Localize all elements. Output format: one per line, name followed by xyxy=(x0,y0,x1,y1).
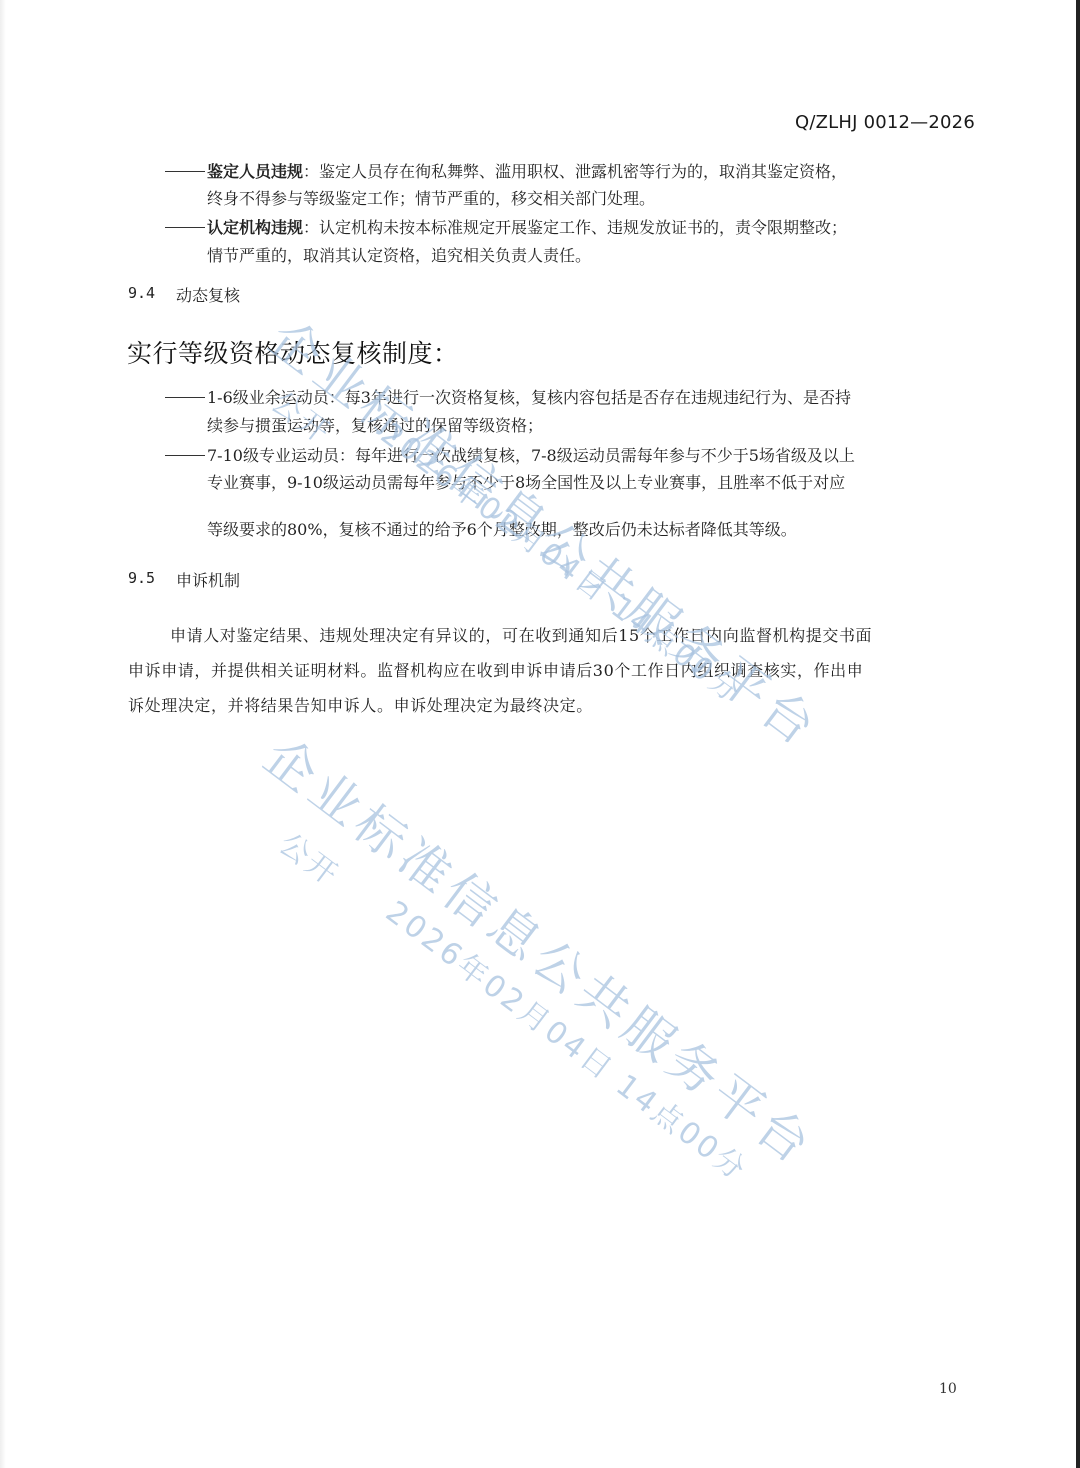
watermark-datetime-lower: 2026年02月04日 14点00分 xyxy=(379,888,759,1189)
item-separator: ： xyxy=(303,218,319,237)
violation-item-appraiser: 鉴定人员违规：鉴定人员存在徇私舞弊、滥用职权、泄露机密等行为的，取消其鉴定资格， xyxy=(165,162,847,182)
watermark-status-lower: 公开 xyxy=(272,820,351,895)
item-label: 鉴定人员违规 xyxy=(207,162,303,181)
review-item-amateur-cont: 续参与掼蛋运动等，复核通过的保留等级资格； xyxy=(207,416,543,436)
em-dash-bullet xyxy=(165,397,205,398)
item-label: 认定机构违规 xyxy=(207,218,303,237)
violation-item-appraiser-cont: 终身不得参与等级鉴定工作；情节严重的，移交相关部门处理。 xyxy=(207,189,655,209)
document-page: Q/ZLHJ 0012—2026 鉴定人员违规：鉴定人员存在徇私舞弊、滥用职权、… xyxy=(0,0,1080,1468)
document-code: Q/ZLHJ 0012—2026 xyxy=(795,112,975,133)
item-text: 认定机构未按本标准规定开展鉴定工作、违规发放证书的，责令限期整改； xyxy=(319,218,847,237)
review-item-amateur: 1-6级业余运动员：每3年进行一次资格复核，复核内容包括是否存在违规违纪行为、是… xyxy=(165,388,851,408)
review-system-heading: 实行等级资格动态复核制度： xyxy=(127,334,459,370)
em-dash-bullet xyxy=(165,171,205,172)
item-separator: ： xyxy=(303,162,319,181)
em-dash-bullet xyxy=(165,227,205,228)
violation-item-institution: 认定机构违规：认定机构未按本标准规定开展鉴定工作、违规发放证书的，责令限期整改； xyxy=(165,218,847,238)
em-dash-bullet xyxy=(165,455,205,456)
appeal-paragraph-line-2: 申诉申请，并提供相关证明材料。监督机构应在收到申诉申请后30个工作日内组织调查核… xyxy=(128,661,863,681)
section-title-9-4: 动态复核 xyxy=(176,283,240,306)
item-text: 7-10级专业运动员：每年进行一次战绩复核，7-8级运动员需每年参与不少于5场省… xyxy=(207,446,855,465)
page-number: 10 xyxy=(939,1381,957,1397)
review-item-professional-cont: 专业赛事，9-10级运动员需每年参与不少于8场全国性及以上专业赛事，且胜率不低于… xyxy=(207,473,845,493)
review-item-professional-cont2: 等级要求的80%，复核不通过的给予6个月整改期，整改后仍未达标者降低其等级。 xyxy=(207,520,797,540)
appeal-paragraph-line-1: 申请人对鉴定结果、违规处理决定有异议的，可在收到通知后15个工作日内向监督机构提… xyxy=(170,626,872,646)
violation-item-institution-cont: 情节严重的，取消其认定资格，追究相关负责人责任。 xyxy=(207,246,591,266)
section-title-9-5: 申诉机制 xyxy=(176,568,240,591)
page-right-border xyxy=(1076,0,1080,1468)
section-number-9-5: 9.5 xyxy=(128,569,155,587)
page-left-shadow xyxy=(0,0,6,1468)
item-text: 1-6级业余运动员：每3年进行一次资格复核，复核内容包括是否存在违规违纪行为、是… xyxy=(207,388,851,407)
item-text: 鉴定人员存在徇私舞弊、滥用职权、泄露机密等行为的，取消其鉴定资格， xyxy=(319,162,847,181)
appeal-paragraph-line-3: 诉处理决定，并将结果告知申诉人。申诉处理决定为最终决定。 xyxy=(128,696,593,716)
section-number-9-4: 9.4 xyxy=(128,284,155,302)
review-item-professional: 7-10级专业运动员：每年进行一次战绩复核，7-8级运动员需每年参与不少于5场省… xyxy=(165,446,855,466)
watermark-platform-lower: 企业标准信息公共服务平台 xyxy=(252,718,832,1180)
